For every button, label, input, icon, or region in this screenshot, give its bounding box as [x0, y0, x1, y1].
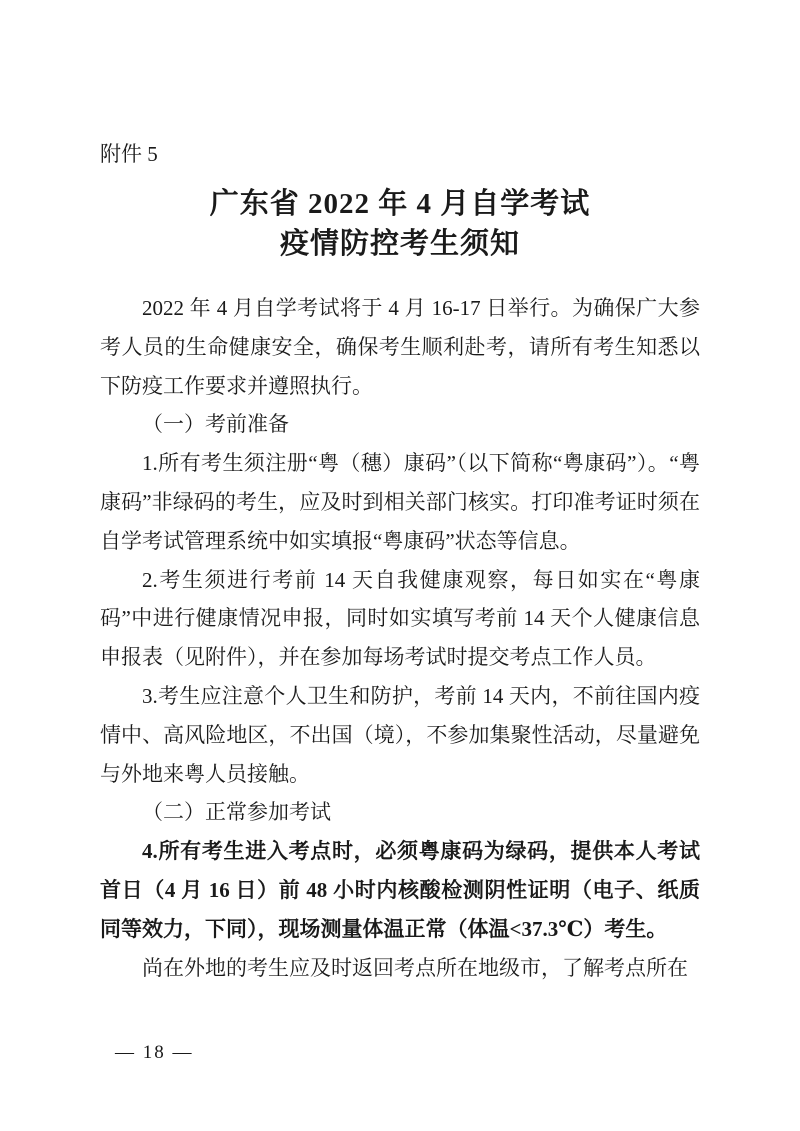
paragraph-item-4: 4.所有考生进入考点时，必须粤康码为绿码，提供本人考试首日（4 月 16 日）前… — [100, 832, 700, 948]
document-body: 2022 年 4 月自学考试将于 4 月 16-17 日举行。为确保广大参考人员… — [100, 289, 700, 987]
paragraph-intro: 2022 年 4 月自学考试将于 4 月 16-17 日举行。为确保广大参考人员… — [100, 289, 700, 405]
paragraph-return-notice: 尚在外地的考生应及时返回考点所在地级市，了解考点所在 — [100, 949, 700, 988]
paragraph-item-2: 2.考生须进行考前 14 天自我健康观察，每日如实在“粤康码”中进行健康情况申报… — [100, 561, 700, 677]
paragraph-item-3: 3.考生应注意个人卫生和防护，考前 14 天内，不前往国内疫情中、高风险地区，不… — [100, 677, 700, 793]
document-content: 附件 5 广东省 2022 年 4 月自学考试 疫情防控考生须知 2022 年 … — [100, 140, 700, 987]
attachment-label: 附件 5 — [100, 140, 700, 168]
document-page: 附件 5 广东省 2022 年 4 月自学考试 疫情防控考生须知 2022 年 … — [0, 0, 800, 1131]
page-number: — 18 — — [115, 1040, 194, 1066]
document-title: 广东省 2022 年 4 月自学考试 疫情防控考生须知 — [100, 184, 700, 264]
section-heading-pre-exam-preparation: （一）考前准备 — [100, 405, 700, 444]
title-line-1: 广东省 2022 年 4 月自学考试 — [100, 184, 700, 224]
paragraph-item-1: 1.所有考生须注册“粤（穗）康码”（以下简称“粤康码”）。“粤康码”非绿码的考生… — [100, 444, 700, 560]
title-line-2: 疫情防控考生须知 — [100, 224, 700, 264]
section-heading-normal-exam-participation: （二）正常参加考试 — [100, 793, 700, 832]
